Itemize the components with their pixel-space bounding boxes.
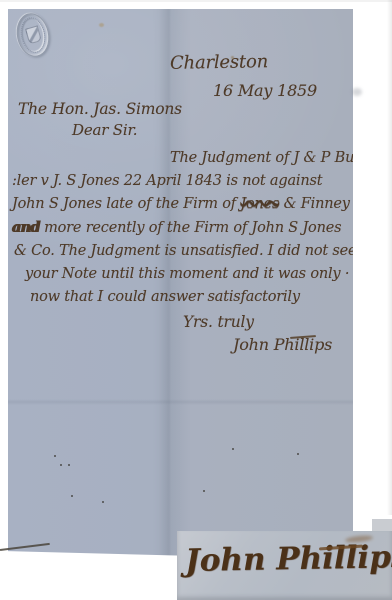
letter-signature: John Phillips xyxy=(233,335,332,354)
letter-body-line-3: John S Jones late of the Firm of Jones &… xyxy=(12,196,350,212)
scan-edge-top xyxy=(0,0,392,2)
letter-recipient: The Hon. Jas. Simons xyxy=(18,100,182,118)
letter-body-line-6: your Note until this moment and it was o… xyxy=(25,266,349,282)
scan-smudge xyxy=(352,88,362,96)
ink-speck xyxy=(60,464,62,466)
body-text: John S Jones late of the Firm of xyxy=(12,196,240,212)
letter-body-line-4: and more recently of the Firm of John S … xyxy=(12,219,341,236)
embossed-seal-icon xyxy=(13,10,53,60)
body-text: more recently of the Firm of John S Jone… xyxy=(40,220,342,236)
foxing-spot xyxy=(99,23,104,27)
ink-speck xyxy=(297,453,299,455)
letter-body-line-1: The Judgment of J & P But. xyxy=(170,150,364,166)
scanned-letter-page: Charleston 16 May 1859 The Hon. Jas. Sim… xyxy=(0,0,392,600)
ink-speck xyxy=(54,455,56,457)
horizontal-fold-crease xyxy=(8,399,353,405)
ink-speck xyxy=(71,495,73,497)
ink-speck xyxy=(203,490,205,492)
signature-inset-photo: John Phillips xyxy=(177,531,392,600)
foxing-spot xyxy=(231,56,234,59)
struck-out-word: Jones xyxy=(240,196,279,212)
letter-place: Charleston xyxy=(170,51,268,74)
ink-speck xyxy=(232,448,234,450)
letter-closing: Yrs. truly xyxy=(183,313,254,331)
ink-speck xyxy=(102,501,104,503)
letter-photo: Charleston 16 May 1859 The Hon. Jas. Sim… xyxy=(8,9,353,560)
body-text: & Finney xyxy=(279,196,349,212)
letter-body-line-7: now that I could answer satisfactorily xyxy=(30,289,300,305)
overwritten-word: and xyxy=(12,219,40,236)
letter-salutation: Dear Sir. xyxy=(72,121,137,139)
vertical-fold-crease xyxy=(159,9,181,560)
ink-speck xyxy=(68,464,70,466)
letter-date: 16 May 1859 xyxy=(213,81,317,100)
letter-body-line-2: :ler v J. S Jones 22 April 1843 is not a… xyxy=(12,173,322,189)
scan-edge-right xyxy=(387,0,392,515)
letter-body-line-5: & Co. The Judgment is unsatisfied. I did… xyxy=(14,243,356,259)
